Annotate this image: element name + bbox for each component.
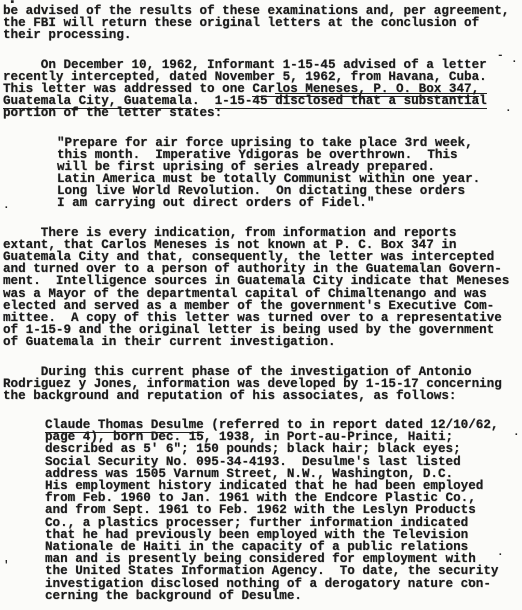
document-line: the background and reputation of his ass… [3,390,518,402]
document-line: of Guatemala in their current investigat… [3,336,518,348]
paragraph-intercepted-letter: On December 10, 1962, Informant 1-15-45 … [3,59,518,120]
scan-artifact: - [497,50,504,62]
text-segment: cerning the background of Desulme. [45,589,302,603]
text-segment: portion of the letter states: [3,106,222,120]
document-line: cerning the background of Desulme. [45,590,518,602]
document-body: be advised of the results of these exami… [3,5,518,602]
text-segment: the background and reputation of his ass… [3,389,456,403]
document-line: I am carrying out direct orders of Fidel… [57,197,518,209]
scan-artifact: ▪ [9,0,16,9]
document-line: portion of the letter states: [3,107,518,119]
scan-artifact: . [466,573,473,585]
document-line: their processing. [3,29,518,41]
scan-artifact: . [505,103,512,115]
scan-artifact: . [3,200,10,212]
scan-artifact: . [513,427,520,439]
underlined-text: 1-15-45 [215,94,275,109]
scan-artifact: . [511,54,518,66]
paragraph-continuation: be advised of the results of these exami… [3,5,518,42]
text-segment: of Guatemala in their current investigat… [3,335,336,349]
paragraph-meneses-analysis: There is every indication, from informat… [3,227,518,349]
scanned-document-page: be advised of the results of these exami… [0,0,522,610]
paragraph-desulme-background: Claude Thomas Desulme (referred to in re… [45,419,518,602]
text-segment: their processing. [3,28,131,42]
underlined-overlined-text: disclosed that a substantial [275,93,487,109]
paragraph-letter-quote: "Prepare for air force uprising to take … [57,137,518,210]
paragraph-rodriguez-investigation: During this current phase of the investi… [3,366,518,403]
scan-artifact: ' [3,560,10,572]
text-segment: I am carrying out direct orders of Fidel… [57,196,374,210]
scan-artifact: . [497,547,504,559]
